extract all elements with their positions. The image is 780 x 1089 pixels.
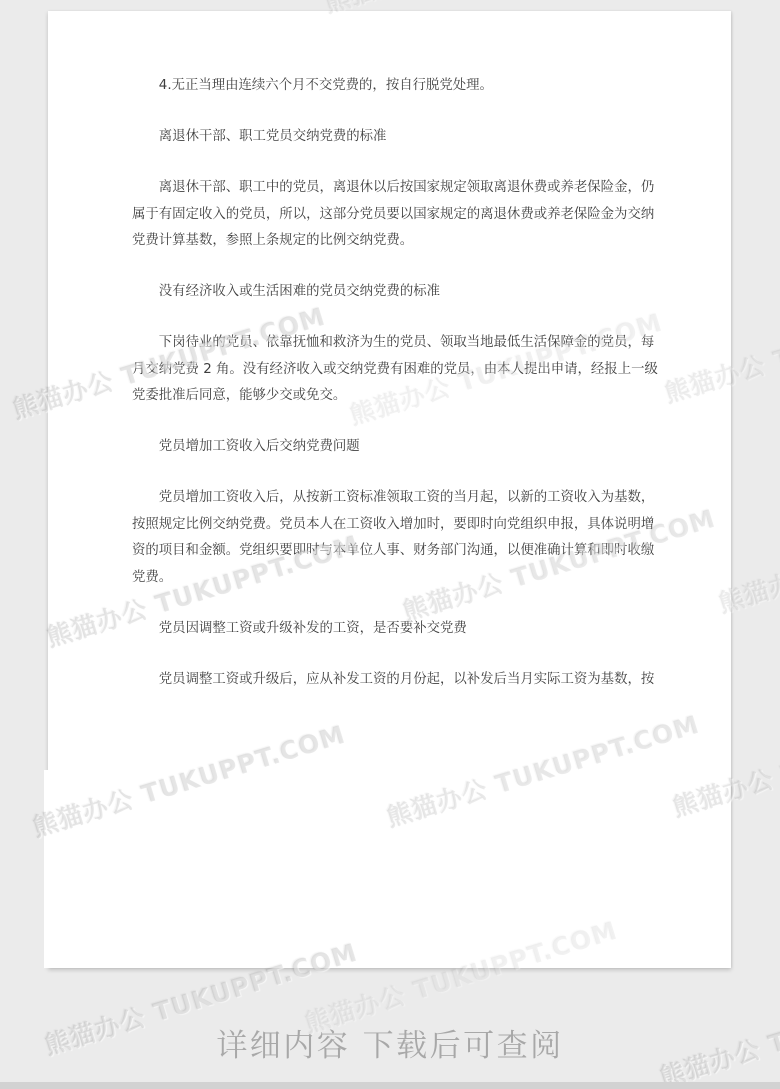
section-heading: 离退休干部、职工党员交纳党费的标准 [132, 124, 643, 151]
text-line: 党费计算基数，参照上条规定的比例交纳党费。 [132, 228, 643, 255]
text-line: 党员增加工资收入后交纳党费问题 [132, 434, 643, 461]
text-line: 资的项目和金额。党组织要即时与本单位人事、财务部门沟通，以便准确计算和即时收缴 [132, 538, 643, 565]
paragraph: 下岗待业的党员、依靠抚恤和救济为生的党员、领取当地最低生活保障金的党员，每月交纳… [132, 330, 643, 410]
document-page: 4.无正当理由连续六个月不交党费的，按自行脱党处理。离退休干部、职工党员交纳党费… [48, 11, 731, 968]
paragraph: 党员调整工资或升级后，应从补发工资的月份起，以补发后当月实际工资为基数，按 [132, 667, 643, 694]
text-line: 按照规定比例交纳党费。党员本人在工资收入增加时，要即时向党组织申报，具体说明增 [132, 512, 643, 539]
text-line: 党员因调整工资或升级补发的工资，是否要补交党费 [132, 616, 643, 643]
page-edge-artifact [44, 770, 48, 968]
text-line: 离退休干部、职工中的党员，离退休以后按国家规定领取离退休费或养老保险金，仍 [132, 175, 643, 202]
section-heading: 没有经济收入或生活困难的党员交纳党费的标准 [132, 279, 643, 306]
paragraph: 党员增加工资收入后，从按新工资标准领取工资的当月起，以新的工资收入为基数，按照规… [132, 485, 643, 591]
paragraph: 4.无正当理由连续六个月不交党费的，按自行脱党处理。 [132, 73, 643, 100]
text-line: 属于有固定收入的党员，所以，这部分党员要以国家规定的离退休费或养老保险金为交纳 [132, 202, 643, 229]
document-content: 4.无正当理由连续六个月不交党费的，按自行脱党处理。离退休干部、职工党员交纳党费… [48, 11, 731, 693]
text-line: 4.无正当理由连续六个月不交党费的，按自行脱党处理。 [132, 73, 643, 100]
text-line: 没有经济收入或生活困难的党员交纳党费的标准 [132, 279, 643, 306]
section-heading: 党员因调整工资或升级补发的工资，是否要补交党费 [132, 616, 643, 643]
download-hint-text: 详细内容 下载后可查阅 [0, 1020, 780, 1065]
text-line: 党委批准后同意，能够少交或免交。 [132, 383, 643, 410]
text-line: 党员增加工资收入后，从按新工资标准领取工资的当月起，以新的工资收入为基数， [132, 485, 643, 512]
paragraph: 离退休干部、职工中的党员，离退休以后按国家规定领取离退休费或养老保险金，仍属于有… [132, 175, 643, 255]
text-line: 月交纳党费 2 角。没有经济收入或交纳党费有困难的党员，由本人提出申请，经报上一… [132, 357, 643, 384]
bottom-border [0, 1082, 780, 1089]
watermark-text: 熊猫办公 TUKUPPT.COM [20, 0, 341, 2]
text-line: 离退休干部、职工党员交纳党费的标准 [132, 124, 643, 151]
screenshot-root: 熊猫办公 TUKUPPT.COM熊猫办公 TUKUPPT.COM熊猫办公 TUK… [0, 0, 780, 1089]
text-line: 下岗待业的党员、依靠抚恤和救济为生的党员、领取当地最低生活保障金的党员，每 [132, 330, 643, 357]
watermark-text: 熊猫办公 TUKUPPT.COM [612, 0, 780, 4]
text-line: 党费。 [132, 565, 643, 592]
section-heading: 党员增加工资收入后交纳党费问题 [132, 434, 643, 461]
text-line: 党员调整工资或升级后，应从补发工资的月份起，以补发后当月实际工资为基数，按 [132, 667, 643, 694]
